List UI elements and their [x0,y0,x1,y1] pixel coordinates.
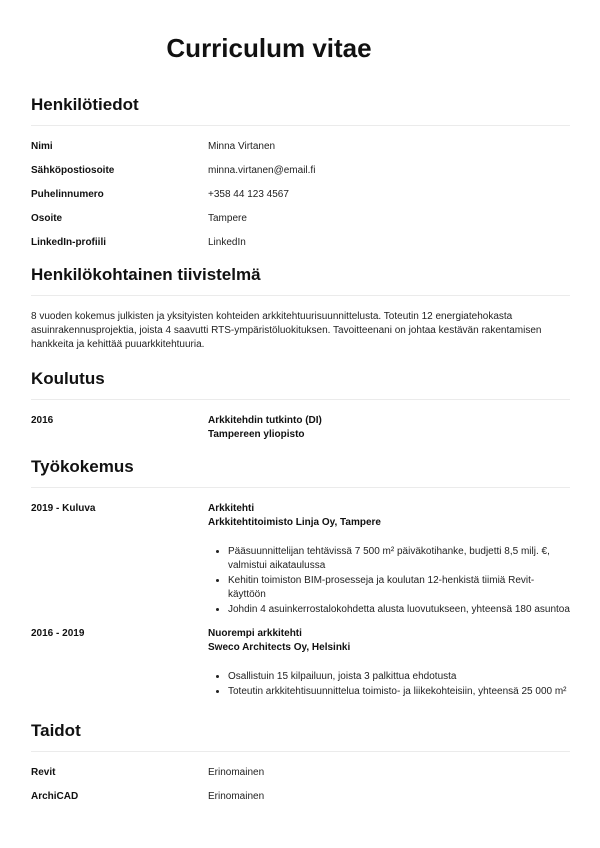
section-heading-skills: Taidot [31,721,570,752]
experience-org: Sweco Architects Oy, Helsinki [208,641,570,655]
section-experience: Työkokemus 2019 - Kuluva Arkkitehti Arkk… [31,457,570,699]
section-heading-summary: Henkilökohtainen tiivistelmä [31,265,570,296]
section-summary: Henkilökohtainen tiivistelmä 8 vuoden ko… [31,265,570,352]
experience-period: 2019 - Kuluva [31,502,208,617]
field-label: Osoite [31,212,208,226]
bullet-item: Toteutin arkkitehtisuunnittelua toimisto… [228,684,570,699]
bullet-item: Pääsuunnittelijan tehtävissä 7 500 m² pä… [228,544,570,573]
experience-title: Arkkitehti [208,502,570,516]
experience-org: Arkkitehtitoimisto Linja Oy, Tampere [208,516,570,530]
field-value: +358 44 123 4567 [208,188,289,202]
section-skills: Taidot Revit Erinomainen ArchiCAD Erinom… [31,721,570,814]
document-title: Curriculum vitae [0,33,569,64]
field-value: Minna Virtanen [208,140,275,154]
experience-entry: 2019 - Kuluva Arkkitehti Arkkitehtitoimi… [31,488,570,617]
experience-bullets: Pääsuunnittelijan tehtävissä 7 500 m² pä… [208,544,570,617]
section-heading-education: Koulutus [31,369,570,400]
bullet-item: Johdin 4 asuinkerrostalokohdetta alusta … [228,602,570,617]
section-education: Koulutus 2016 Arkkitehdin tutkinto (DI) … [31,369,570,442]
field-address: Osoite Tampere [31,212,570,226]
section-heading-experience: Työkokemus [31,457,570,488]
education-year: 2016 [31,414,208,442]
experience-bullets: Osallistuin 15 kilpailuun, joista 3 palk… [208,669,570,699]
summary-text: 8 vuoden kokemus julkisten ja yksityiste… [31,296,570,352]
field-label: Sähköpostiosoite [31,164,208,178]
skill-name: ArchiCAD [31,790,208,804]
field-label: LinkedIn-profiili [31,236,208,250]
field-value: Tampere [208,212,247,226]
field-label: Puhelinnumero [31,188,208,202]
bullet-item: Kehitin toimiston BIM-prosesseja ja koul… [228,573,570,602]
section-personal-info: Henkilötiedot Nimi Minna Virtanen Sähköp… [31,95,570,260]
skill-name: Revit [31,766,208,780]
bullet-item: Osallistuin 15 kilpailuun, joista 3 palk… [228,669,570,684]
section-heading-personal: Henkilötiedot [31,95,570,126]
experience-title: Nuorempi arkkitehti [208,627,570,641]
education-school: Tampereen yliopisto [208,428,322,442]
skill-level: Erinomainen [208,790,264,804]
field-linkedin: LinkedIn-profiili LinkedIn [31,236,570,250]
field-label: Nimi [31,140,208,154]
field-name: Nimi Minna Virtanen [31,140,570,154]
linkedin-link[interactable]: LinkedIn [208,236,246,250]
field-email: Sähköpostiosoite minna.virtanen@email.fi [31,164,570,178]
skill-item: ArchiCAD Erinomainen [31,790,570,804]
experience-period: 2016 - 2019 [31,627,208,699]
field-phone: Puhelinnumero +358 44 123 4567 [31,188,570,202]
education-degree: Arkkitehdin tutkinto (DI) [208,414,322,428]
email-value[interactable]: minna.virtanen@email.fi [208,164,315,178]
education-entry: 2016 Arkkitehdin tutkinto (DI) Tampereen… [31,400,570,442]
experience-entry: 2016 - 2019 Nuorempi arkkitehti Sweco Ar… [31,617,570,699]
skill-item: Revit Erinomainen [31,766,570,780]
skill-level: Erinomainen [208,766,264,780]
